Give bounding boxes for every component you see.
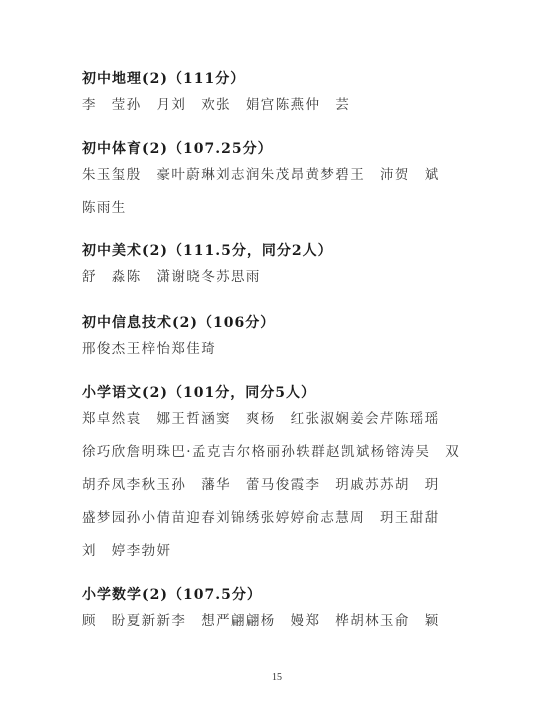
names-line: 邢俊杰王梓怡郑佳琦	[82, 337, 216, 357]
section-heading-primary-math: 小学数学(2)（107.5分）	[82, 584, 262, 604]
section-heading-geography: 初中地理(2)（111分）	[82, 68, 245, 88]
names-line: 顾 盼夏新新李 想严翩翩杨 嫚郑 桦胡林玉俞 颖	[82, 609, 440, 629]
page-number: 15	[0, 672, 554, 683]
names-line: 李 莹孙 月刘 欢张 娟宫陈燕仲 芸	[82, 93, 350, 113]
section-heading-primary-chinese: 小学语文(2)（101分，同分5人）	[82, 382, 316, 402]
names-line: 胡乔凤李秋玉孙 藩华 蕾马俊霞李 玥戚苏苏胡 玥	[82, 473, 440, 493]
section-heading-it: 初中信息技术(2)（106分）	[82, 312, 275, 332]
names-line: 徐巧欣詹明珠巴·孟克吉尔格丽孙轶群赵凯斌杨镕涛吴 双	[82, 440, 460, 460]
section-heading-art: 初中美术(2)（111.5分，同分2人）	[82, 240, 333, 260]
names-line: 舒 淼陈 潇谢晓冬苏思雨	[82, 265, 261, 285]
section-heading-pe: 初中体育(2)（107.25分）	[82, 138, 273, 158]
names-line: 陈雨生	[82, 196, 127, 216]
names-line: 刘 婷李勃妍	[82, 539, 171, 559]
names-line: 郑卓然袁 娜王哲涵窦 爽杨 红张淑娴姜会芹陈瑶瑶	[82, 407, 440, 427]
names-line: 盛梦园孙小倩苗迎春刘锦绣张婷婷俞志慧周 玥王甜甜	[82, 506, 440, 526]
document-page: 初中地理(2)（111分） 李 莹孙 月刘 欢张 娟宫陈燕仲 芸 初中体育(2)…	[0, 0, 554, 717]
names-line: 朱玉玺殷 豪叶蔚琳刘志润朱茂昂黄梦碧王 沛贺 斌	[82, 163, 440, 183]
